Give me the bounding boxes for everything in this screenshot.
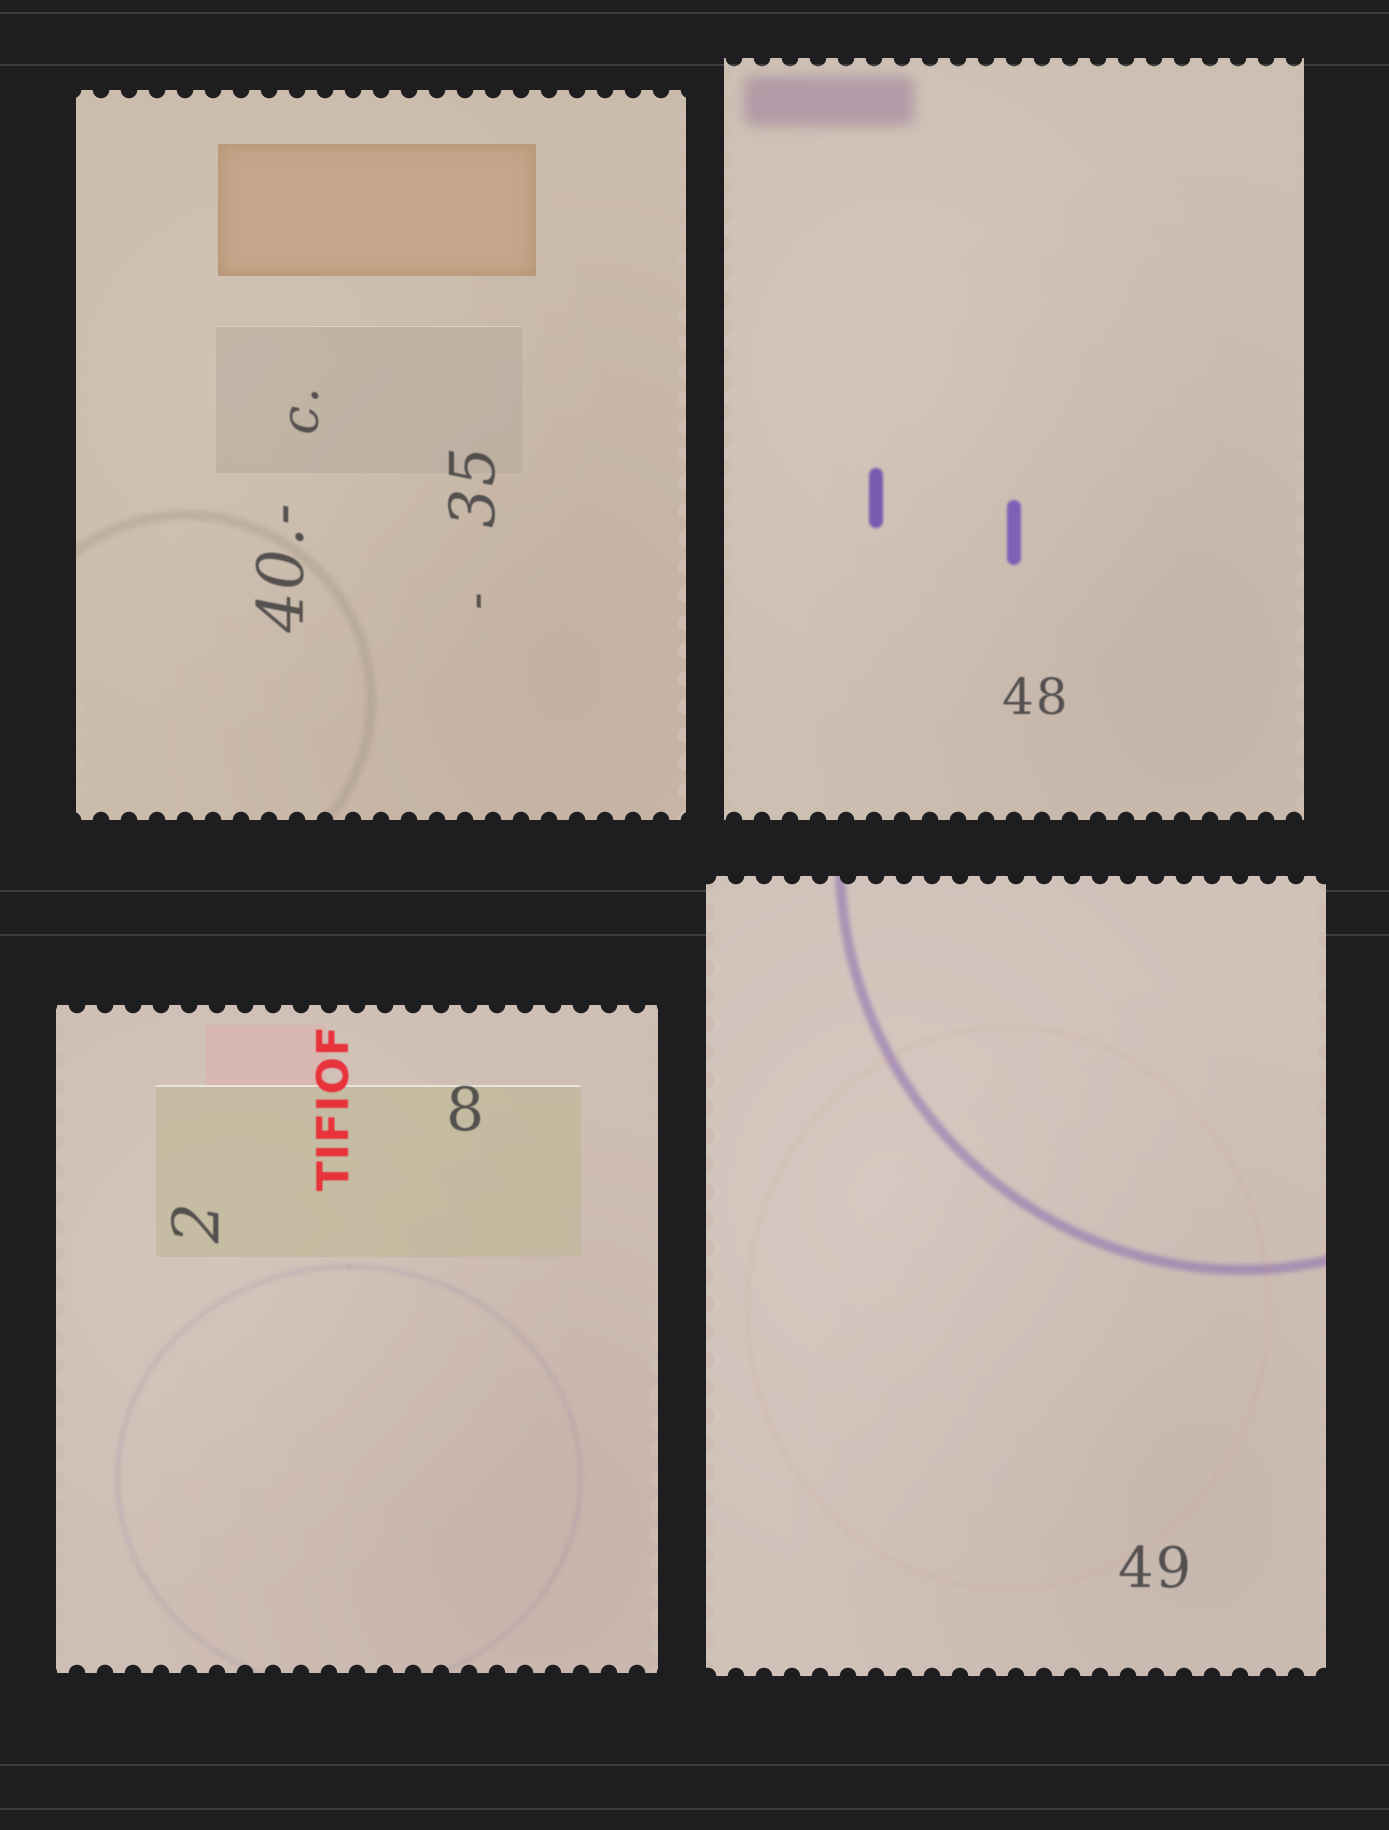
pencil-note-dash: - [446,590,506,610]
brown-hinge-remnant [218,144,536,276]
violet-text-fragment [744,76,914,126]
mount-strip-edge [0,1808,1389,1810]
orange-design-show-through [746,1026,1270,1590]
pencil-note-catalog-48: 48 [1002,668,1070,726]
stamp-bottom-left: TIFIOF 8 2 [56,1005,658,1673]
pencil-note-2: 2 [160,1201,234,1244]
mount-strip-edge [0,1764,1389,1766]
stamp-top-right: 48 [724,58,1304,820]
violet-stroke [869,468,883,528]
pencil-note-8: 8 [446,1075,486,1145]
pencil-note-catalog-49: 49 [1118,1536,1193,1601]
stockbook-page: c. 40.- 35 - 48 TIFIOF 8 2 49 [0,0,1389,1830]
pencil-note-c: c. [271,385,331,435]
pencil-note-price: 40.- [245,501,319,632]
mount-strip-edge [0,12,1389,14]
pencil-note-number: 35 [436,445,509,528]
violet-stroke [1007,500,1021,565]
red-dealer-stamp: TIFIOF [308,1025,359,1191]
postmark-show-through [116,1265,582,1673]
stamp-top-left: c. 40.- 35 - [76,90,686,820]
stamp-bottom-right: 49 [706,876,1326,1676]
